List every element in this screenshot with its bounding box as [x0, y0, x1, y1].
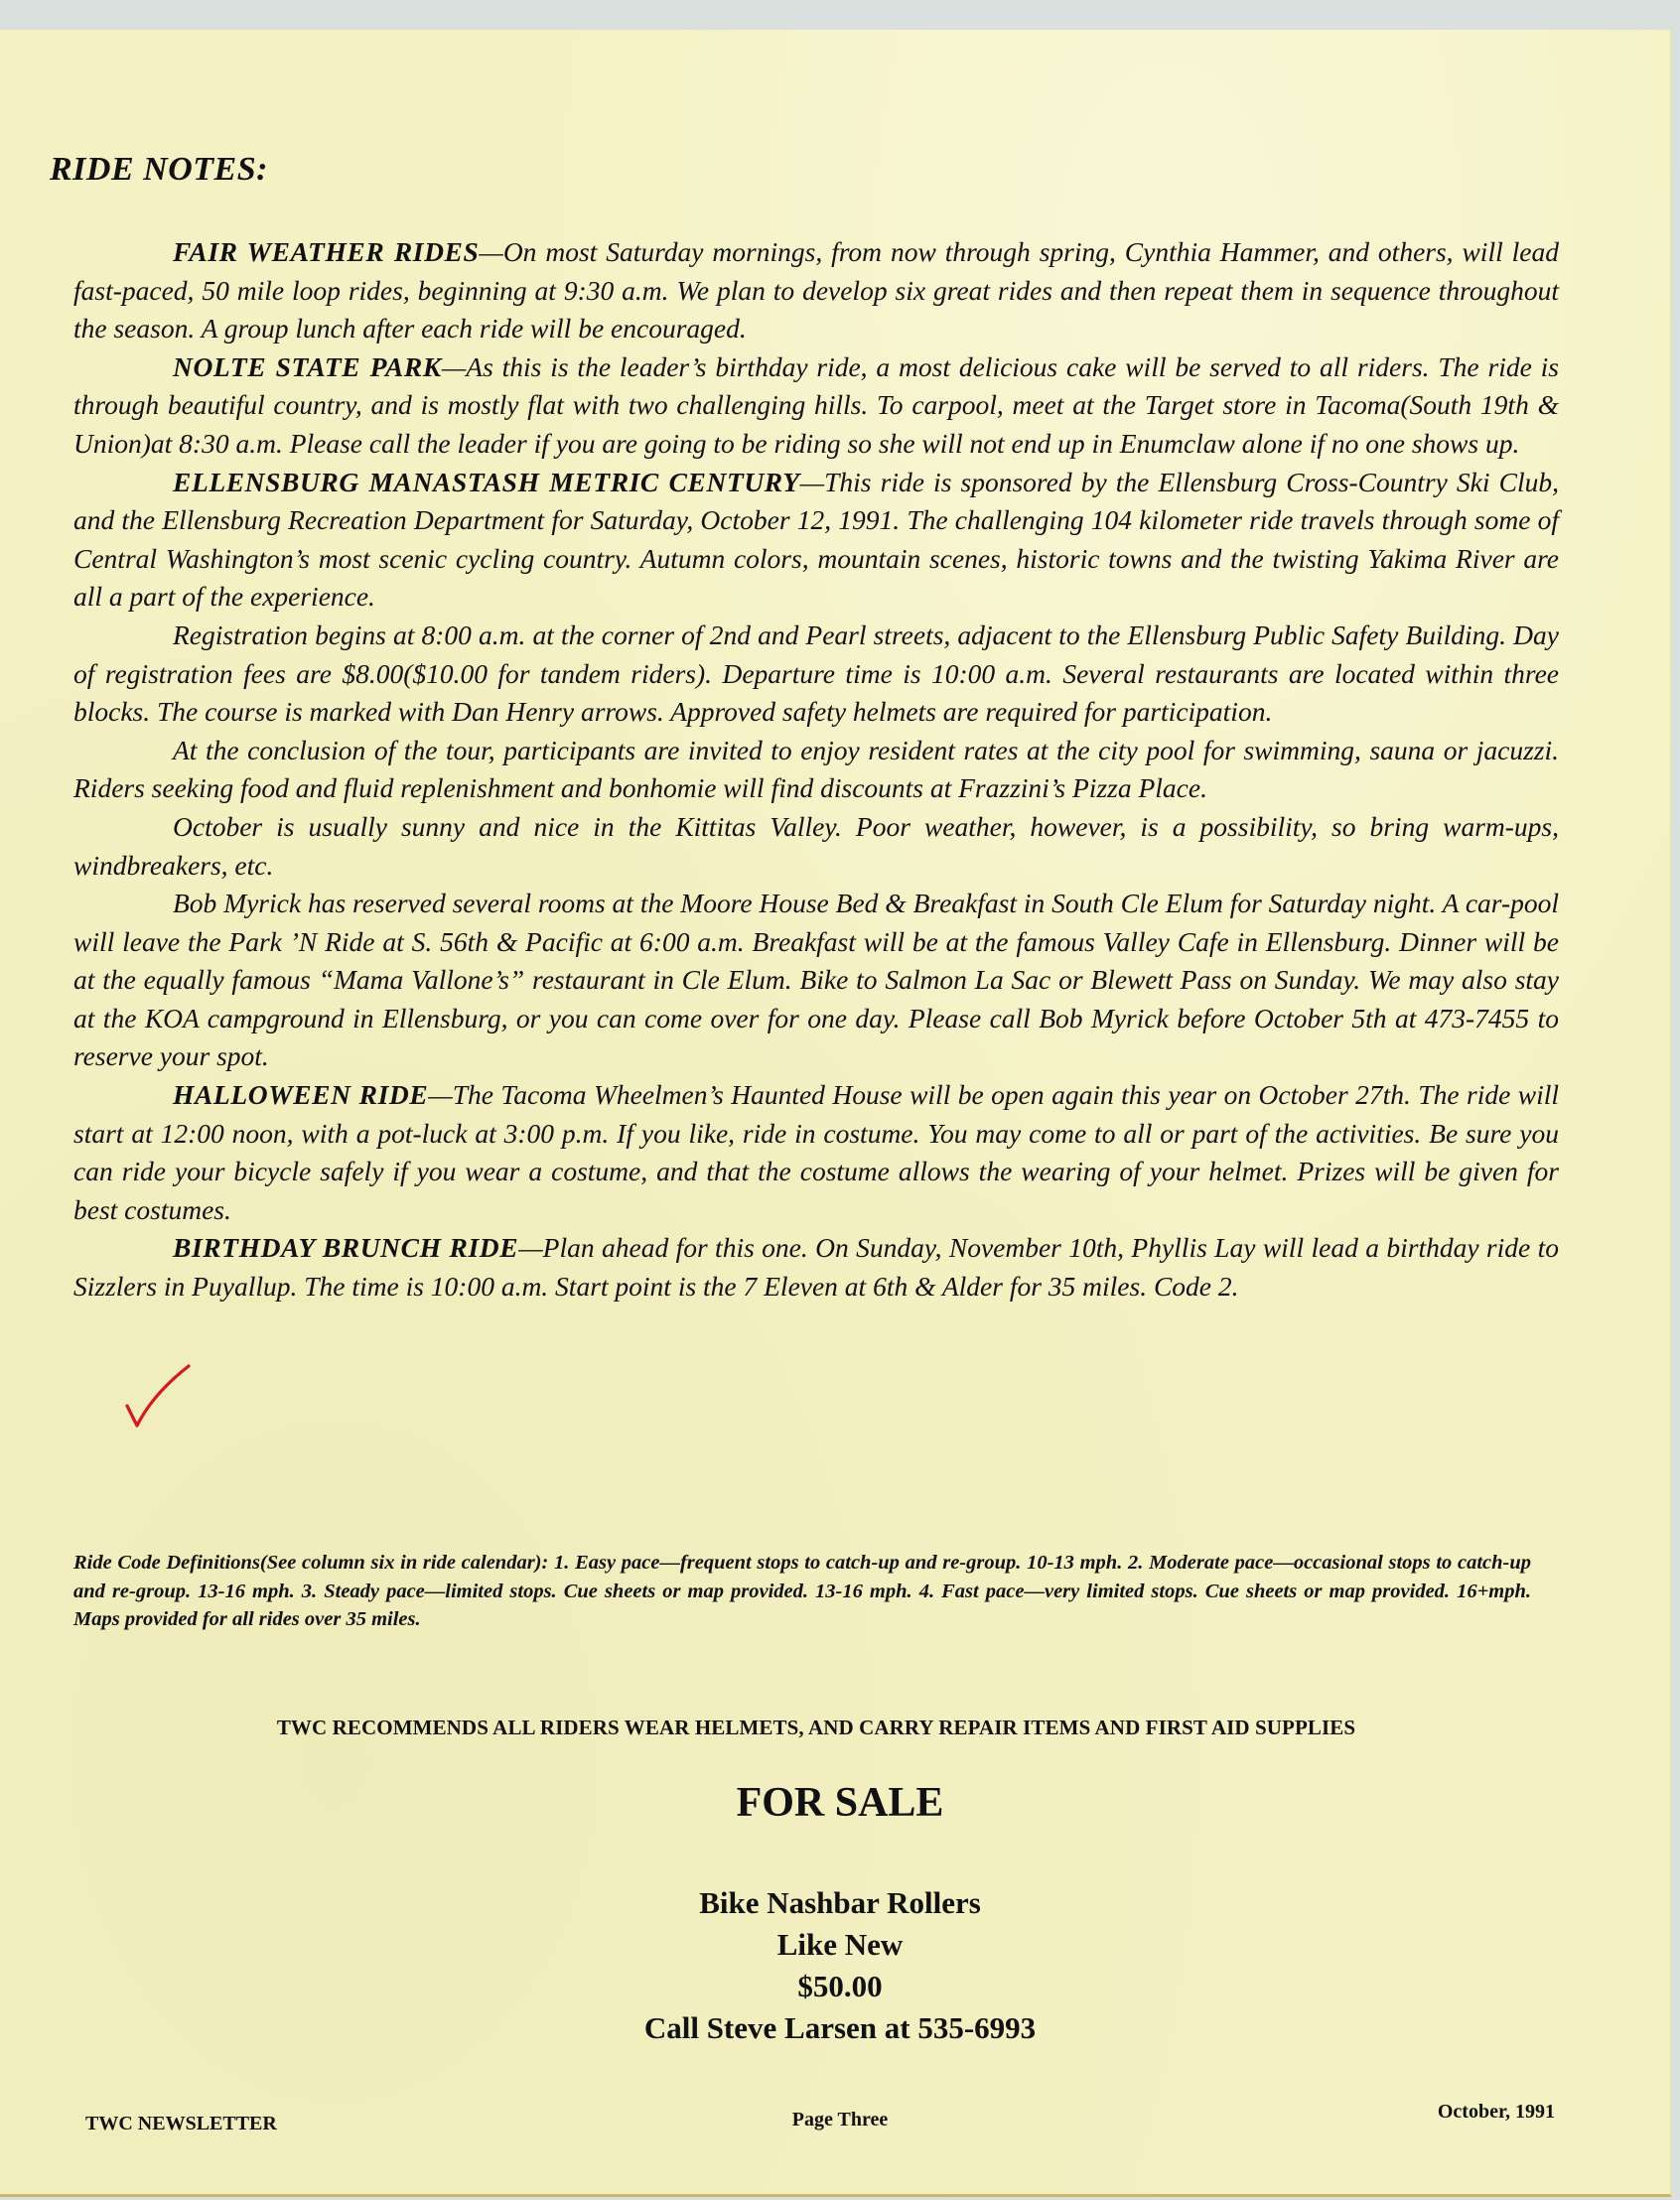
ride-code-definitions: Ride Code Definitions(See column six in …: [73, 1549, 1531, 1634]
footer-date: October, 1991: [1438, 2101, 1555, 2124]
for-sale-condition: Like New: [0, 1924, 1680, 1966]
paragraph-fair-weather: FAIR WEATHER RIDES—On most Saturday morn…: [73, 233, 1559, 348]
lead-title: FAIR WEATHER RIDES: [173, 236, 479, 267]
paragraph-birthday-brunch: BIRTHDAY BRUNCH RIDE—Plan ahead for this…: [73, 1229, 1559, 1306]
for-sale-contact: Call Steve Larsen at 535-6993: [0, 2007, 1680, 2049]
for-sale-item: Bike Nashbar Rollers: [0, 1882, 1680, 1924]
paragraph-weather: October is usually sunny and nice in the…: [73, 808, 1559, 885]
for-sale-title: FOR SALE: [0, 1779, 1680, 1827]
for-sale-price: $50.00: [0, 1966, 1680, 2007]
for-sale-ad: Bike Nashbar Rollers Like New $50.00 Cal…: [0, 1882, 1680, 2049]
newsletter-page: RIDE NOTES: FAIR WEATHER RIDES—On most S…: [0, 30, 1672, 2197]
paragraph-lodging: Bob Myrick has reserved several rooms at…: [73, 885, 1559, 1076]
paragraph-halloween: HALLOWEEN RIDE—The Tacoma Wheelmen’s Hau…: [73, 1076, 1559, 1229]
paragraph-conclusion: At the conclusion of the tour, participa…: [73, 732, 1559, 808]
ride-notes-body: FAIR WEATHER RIDES—On most Saturday morn…: [73, 233, 1559, 1306]
lead-title: ELLENSBURG MANASTASH METRIC CENTURY: [173, 467, 800, 497]
paragraph-nolte: NOLTE STATE PARK—As this is the leader’s…: [73, 348, 1559, 464]
checkmark-icon: [123, 1364, 193, 1434]
lead-title: BIRTHDAY BRUNCH RIDE: [173, 1232, 518, 1263]
paragraph-registration: Registration begins at 8:00 a.m. at the …: [73, 617, 1559, 732]
footer-page-number: Page Three: [0, 2109, 1680, 2131]
lead-title: HALLOWEEN RIDE: [173, 1079, 428, 1110]
lead-title: NOLTE STATE PARK: [173, 351, 442, 382]
safety-recommendation: TWC RECOMMENDS ALL RIDERS WEAR HELMETS, …: [73, 1716, 1559, 1740]
page-heading: RIDE NOTES:: [50, 151, 268, 189]
paragraph-ellensburg: ELLENSBURG MANASTASH METRIC CENTURY—This…: [73, 464, 1559, 617]
